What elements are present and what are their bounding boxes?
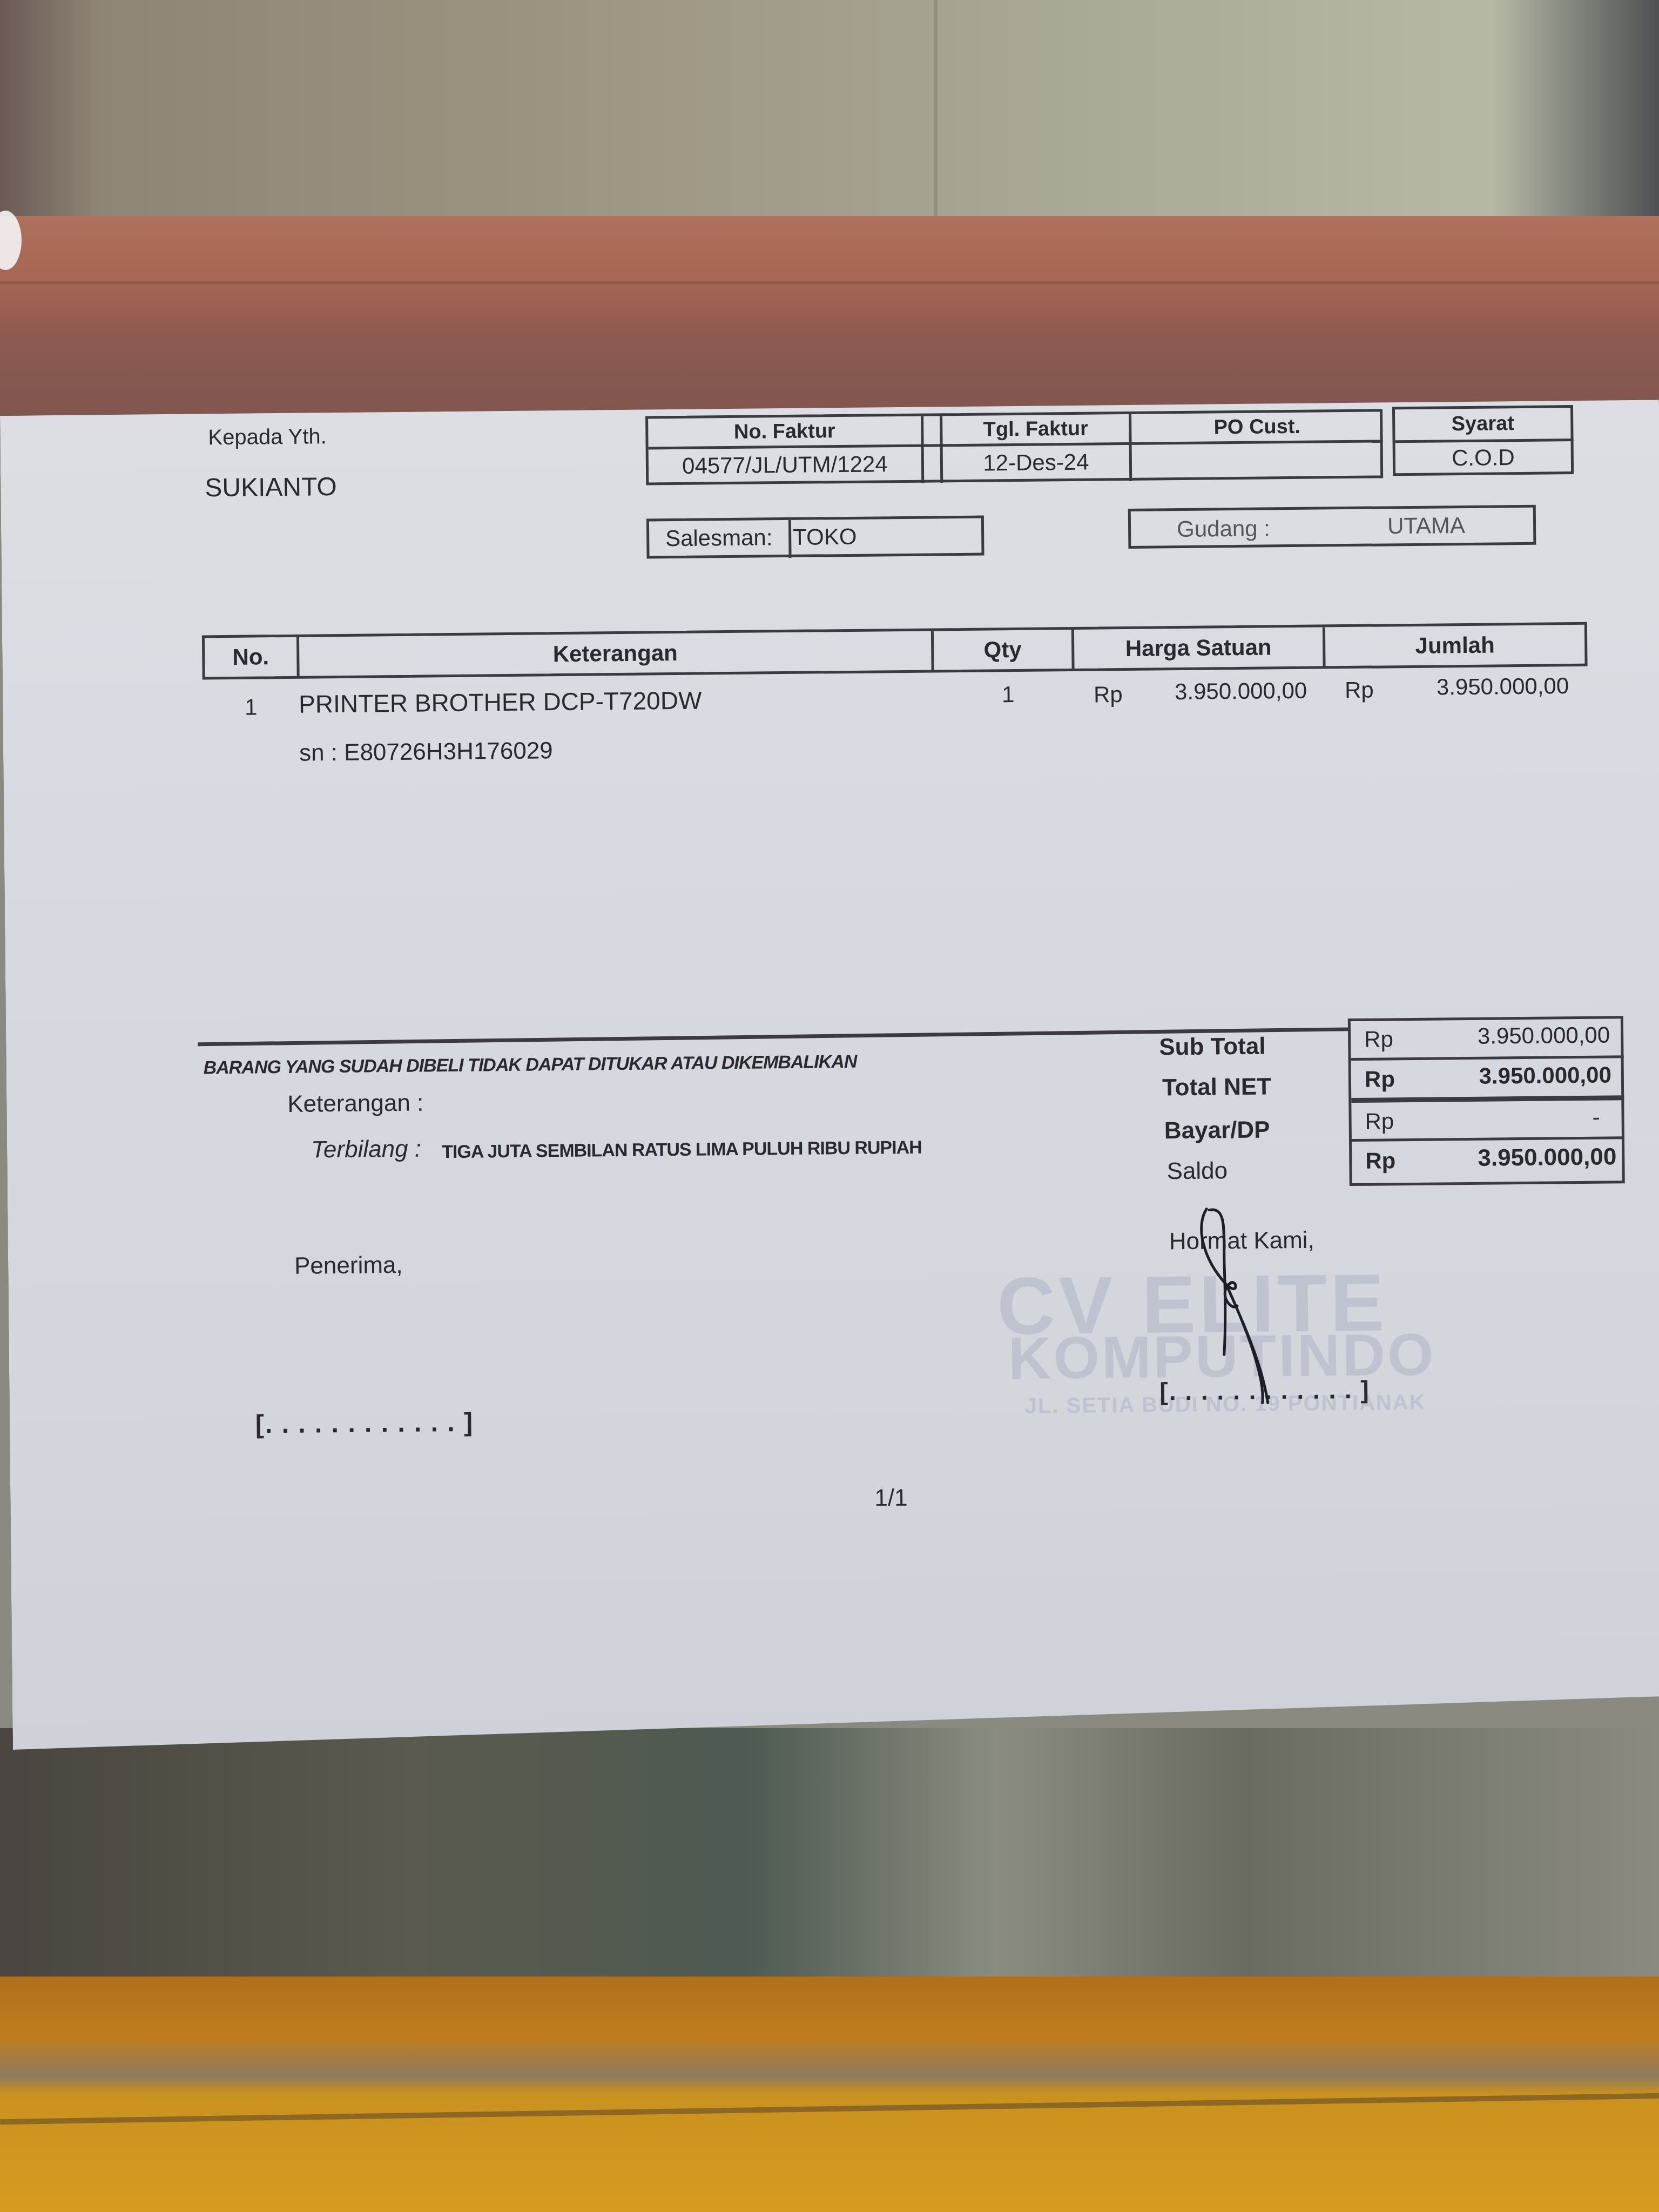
item-qty: 1 xyxy=(1002,682,1015,707)
invoice-header-table: No. Faktur Tgl. Faktur PO Cust. 04577/JL… xyxy=(645,409,1383,485)
column-amount: Jumlah xyxy=(1325,625,1585,666)
background-shelf xyxy=(0,216,1659,421)
warehouse-box: Gudang : UTAMA xyxy=(1128,505,1536,549)
column-unit-price: Harga Satuan xyxy=(1074,628,1323,669)
item-amount-currency: Rp xyxy=(1345,677,1374,704)
item-amount: 3.950.000,00 xyxy=(1437,673,1569,700)
item-unit-price: 3.950.000,00 xyxy=(1175,678,1307,705)
amount-in-words-label: Terbilang : xyxy=(311,1136,421,1164)
total-net-value: 3.950.000,00 xyxy=(1479,1062,1611,1089)
totals-table: Rp 3.950.000,00 Rp 3.950.000,00 Rp - Rp … xyxy=(1348,1016,1625,1186)
terms-table: Syarat C.O.D xyxy=(1392,405,1574,476)
recipient-label: Kepada Yth. xyxy=(208,424,327,450)
terms-value: C.O.D xyxy=(1395,441,1572,474)
invoice-paper: Kepada Yth. SUKIANTO No. Faktur Tgl. Fak… xyxy=(0,400,1659,1755)
background-counter xyxy=(0,1977,1659,2212)
disclaimer: BARANG YANG SUDAH DIBELI TIDAK DAPAT DIT… xyxy=(203,1051,857,1079)
column-tgl-faktur: Tgl. Faktur xyxy=(942,414,1129,444)
item-no: 1 xyxy=(245,694,258,720)
saldo-value: 3.950.000,00 xyxy=(1478,1143,1616,1171)
column-no: No. xyxy=(205,637,297,677)
column-no-faktur: No. Faktur xyxy=(648,416,921,447)
items-table-header: No. Keterangan Qty Harga Satuan Jumlah xyxy=(202,622,1588,680)
notes-label: Keterangan : xyxy=(287,1090,423,1118)
bayar-dp-currency: Rp xyxy=(1365,1108,1394,1135)
total-net-label: Total NET xyxy=(1162,1073,1272,1101)
subtotal-value: 3.950.000,00 xyxy=(1478,1022,1610,1049)
shelf-edge xyxy=(0,281,1659,284)
salesman-box: Salesman: TOKO xyxy=(646,516,984,559)
warehouse-label: Gudang : xyxy=(1177,515,1270,542)
bayar-dp-label: Bayar/DP xyxy=(1164,1116,1270,1144)
background-wall xyxy=(0,0,1659,232)
subtotal-label: Sub Total xyxy=(1159,1033,1266,1061)
item-serial: sn : E80726H3H176029 xyxy=(299,737,553,767)
item-unit-price-currency: Rp xyxy=(1094,682,1123,708)
column-qty: Qty xyxy=(934,630,1072,670)
saldo-label: Saldo xyxy=(1166,1157,1228,1185)
receiver-signature-line: [. . . . . . . . . . . . ] xyxy=(255,1408,474,1440)
receiver-label: Penerima, xyxy=(294,1252,403,1280)
page-number: 1/1 xyxy=(874,1485,908,1512)
column-description: Keterangan xyxy=(299,631,932,676)
salesman-label: Salesman: xyxy=(649,520,789,556)
salesman-value: TOKO xyxy=(793,520,857,555)
po-cust-value xyxy=(1132,442,1384,478)
recipient-name: SUKIANTO xyxy=(205,472,337,503)
amount-in-words: TIGA JUTA SEMBILAN RATUS LIMA PULUH RIBU… xyxy=(442,1137,922,1163)
bayar-dp-value: - xyxy=(1592,1104,1600,1130)
invoice-date: 12-Des-24 xyxy=(943,445,1130,480)
subtotal-currency: Rp xyxy=(1364,1026,1393,1053)
item-description: PRINTER BROTHER DCP-T720DW xyxy=(299,686,702,719)
column-po-cust: PO Cust. xyxy=(1131,412,1382,442)
wall-seam xyxy=(934,0,938,227)
invoice-number: 04577/JL/UTM/1224 xyxy=(649,447,922,483)
total-net-currency: Rp xyxy=(1365,1066,1395,1092)
signature-icon xyxy=(1185,1203,1295,1409)
saldo-currency: Rp xyxy=(1365,1148,1395,1174)
terms-label: Syarat xyxy=(1395,408,1571,440)
warehouse-value: UTAMA xyxy=(1387,512,1465,539)
